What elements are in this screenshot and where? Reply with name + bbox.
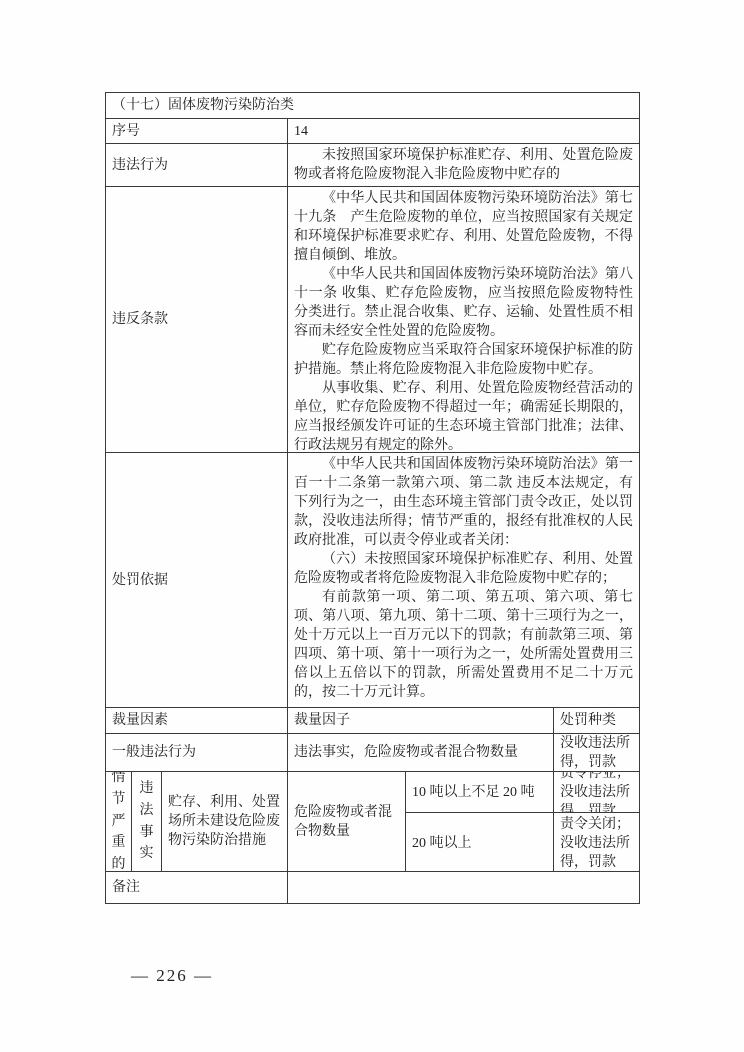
clauses-label: 违反条款 (112, 310, 281, 329)
general-violation-label-cell: 一般违法行为 (106, 734, 288, 771)
tier-range: 10 吨以上不足 20 吨 (412, 783, 547, 802)
serial-value: 14 (294, 122, 633, 141)
table-row: 违法行为 未按照国家环境保护标准贮存、利用、处置危险废物或者将危险废物混入非危险… (106, 144, 639, 187)
violation-text: 未按照国家环境保护标准贮存、利用、处置危险废物或者将危险废物混入非危险废物中贮存… (294, 146, 633, 184)
penalty-basis-text-cell: 《中华人民共和国固体废物污染环境防治法》第一百一十二条第一款第六项、第二款 违反… (288, 453, 639, 707)
tier-row: 20 吨以上 责令关闭；没收违法所得，罚款 (406, 813, 639, 871)
table-row: 裁量因素 裁量因子 处罚种类 (106, 708, 639, 734)
page-number: — 226 — (131, 966, 213, 986)
penalty-paragraph: 有前款第一项、第二项、第五项、第六项、第七项、第八项、第九项、第十二项、第十三项… (294, 588, 633, 702)
clauses-text-cell: 《中华人民共和国固体废物污染环境防治法》第七十九条 产生危险废物的单位，应当按照… (288, 187, 639, 452)
penalty-paragraph: （六）未按照国家环境保护标准贮存、利用、处置危险废物或者将危险废物混入非危险废物… (294, 550, 633, 588)
tier-range-cell: 10 吨以上不足 20 吨 (406, 772, 554, 812)
discretion-factor-header: 裁量因素 (112, 711, 281, 730)
tier-range-cell: 20 吨以上 (406, 813, 554, 871)
table-row: （十七）固体废物污染防治类 (106, 93, 639, 119)
clause-paragraph: 从事收集、贮存、利用、处置危险废物经营活动的单位，贮存危险废物不得超过一年；确需… (294, 379, 633, 452)
tier-penalty: 责令停业；没收违法所得，罚款 (560, 772, 633, 812)
general-violation-penalty-cell: 没收违法所得，罚款 (554, 734, 639, 771)
remark-value-cell (288, 872, 639, 903)
tier-penalty-cell: 责令停业；没收违法所得，罚款 (554, 772, 639, 812)
discretion-factor-header-cell: 裁量因素 (106, 708, 288, 733)
remark-label-cell: 备注 (106, 872, 288, 903)
document-page: （十七）固体废物污染防治类 序号 14 违法行为 未按照国家环境保护标准贮存、利… (0, 0, 744, 1052)
quantity-factor-cell: 危险废物或者混合物数量 (288, 772, 406, 871)
penalty-paragraph: 《中华人民共和国固体废物污染环境防治法》第一百一十二条第一款第六项、第二款 违反… (294, 455, 633, 550)
general-violation-label: 一般违法行为 (112, 743, 281, 762)
table-row: 违反条款 《中华人民共和国固体废物污染环境防治法》第七十九条 产生危险废物的单位… (106, 187, 639, 453)
discretion-subfactor-header: 裁量因子 (294, 711, 547, 730)
quantity-factor: 危险废物或者混合物数量 (294, 803, 399, 841)
table-row: 情节严重的 违法事实 贮存、利用、处置场所未建设危险废物污染防治措施 危险废物或… (106, 772, 639, 872)
remark-label: 备注 (112, 878, 281, 897)
section-header: （十七）固体废物污染防治类 (112, 96, 633, 115)
regulation-table: （十七）固体废物污染防治类 序号 14 违法行为 未按照国家环境保护标准贮存、利… (105, 92, 640, 904)
general-violation-factor: 违法事实，危险废物或者混合物数量 (294, 743, 547, 762)
penalty-type-header: 处罚种类 (560, 711, 633, 730)
tier-row: 10 吨以上不足 20 吨 责令停业；没收违法所得，罚款 (406, 772, 639, 813)
clauses-label-cell: 违反条款 (106, 187, 288, 452)
tier-penalty: 责令关闭；没收违法所得，罚款 (560, 815, 633, 871)
general-violation-penalty: 没收违法所得，罚款 (560, 734, 633, 771)
general-violation-factor-cell: 违法事实，危险废物或者混合物数量 (288, 734, 554, 771)
violation-text-cell: 未按照国家环境保护标准贮存、利用、处置危险废物或者将危险废物混入非危险废物中贮存… (288, 144, 639, 186)
severity-vertical-label: 情节严重的 (112, 772, 126, 871)
clause-paragraph: 《中华人民共和国固体废物污染环境防治法》第八十一条 收集、贮存危险废物，应当按照… (294, 265, 633, 341)
fact-vertical-label: 违法事实 (140, 778, 154, 865)
fact-detail: 贮存、利用、处置场所未建设危险废物污染防治措施 (168, 793, 281, 850)
section-header-cell: （十七）固体废物污染防治类 (106, 93, 639, 118)
fact-detail-cell: 贮存、利用、处置场所未建设危险废物污染防治措施 (162, 772, 288, 871)
tier-stack-cell: 10 吨以上不足 20 吨 责令停业；没收违法所得，罚款 20 吨以上 责令关闭… (406, 772, 639, 871)
tier-stack: 10 吨以上不足 20 吨 责令停业；没收违法所得，罚款 20 吨以上 责令关闭… (406, 772, 639, 871)
clause-paragraph: 贮存危险废物应当采取符合国家环境保护标准的防护措施。禁止将危险废物混入非危险废物… (294, 341, 633, 379)
penalty-type-header-cell: 处罚种类 (554, 708, 639, 733)
serial-label-cell: 序号 (106, 119, 288, 143)
table-row: 处罚依据 《中华人民共和国固体废物污染环境防治法》第一百一十二条第一款第六项、第… (106, 453, 639, 708)
violation-label: 违法行为 (112, 156, 281, 175)
serial-label: 序号 (112, 122, 281, 141)
clause-paragraph: 《中华人民共和国固体废物污染环境防治法》第七十九条 产生危险废物的单位，应当按照… (294, 189, 633, 265)
penalty-basis-label: 处罚依据 (112, 571, 281, 590)
serial-value-cell: 14 (288, 119, 639, 143)
fact-vertical-label-cell: 违法事实 (132, 772, 162, 871)
table-row: 备注 (106, 872, 639, 903)
severity-vertical-label-cell: 情节严重的 (106, 772, 132, 871)
table-row: 序号 14 (106, 119, 639, 144)
tier-penalty-cell: 责令关闭；没收违法所得，罚款 (554, 813, 639, 871)
penalty-basis-label-cell: 处罚依据 (106, 453, 288, 707)
discretion-subfactor-header-cell: 裁量因子 (288, 708, 554, 733)
violation-label-cell: 违法行为 (106, 144, 288, 186)
tier-range: 20 吨以上 (412, 834, 547, 853)
table-row: 一般违法行为 违法事实，危险废物或者混合物数量 没收违法所得，罚款 (106, 734, 639, 772)
